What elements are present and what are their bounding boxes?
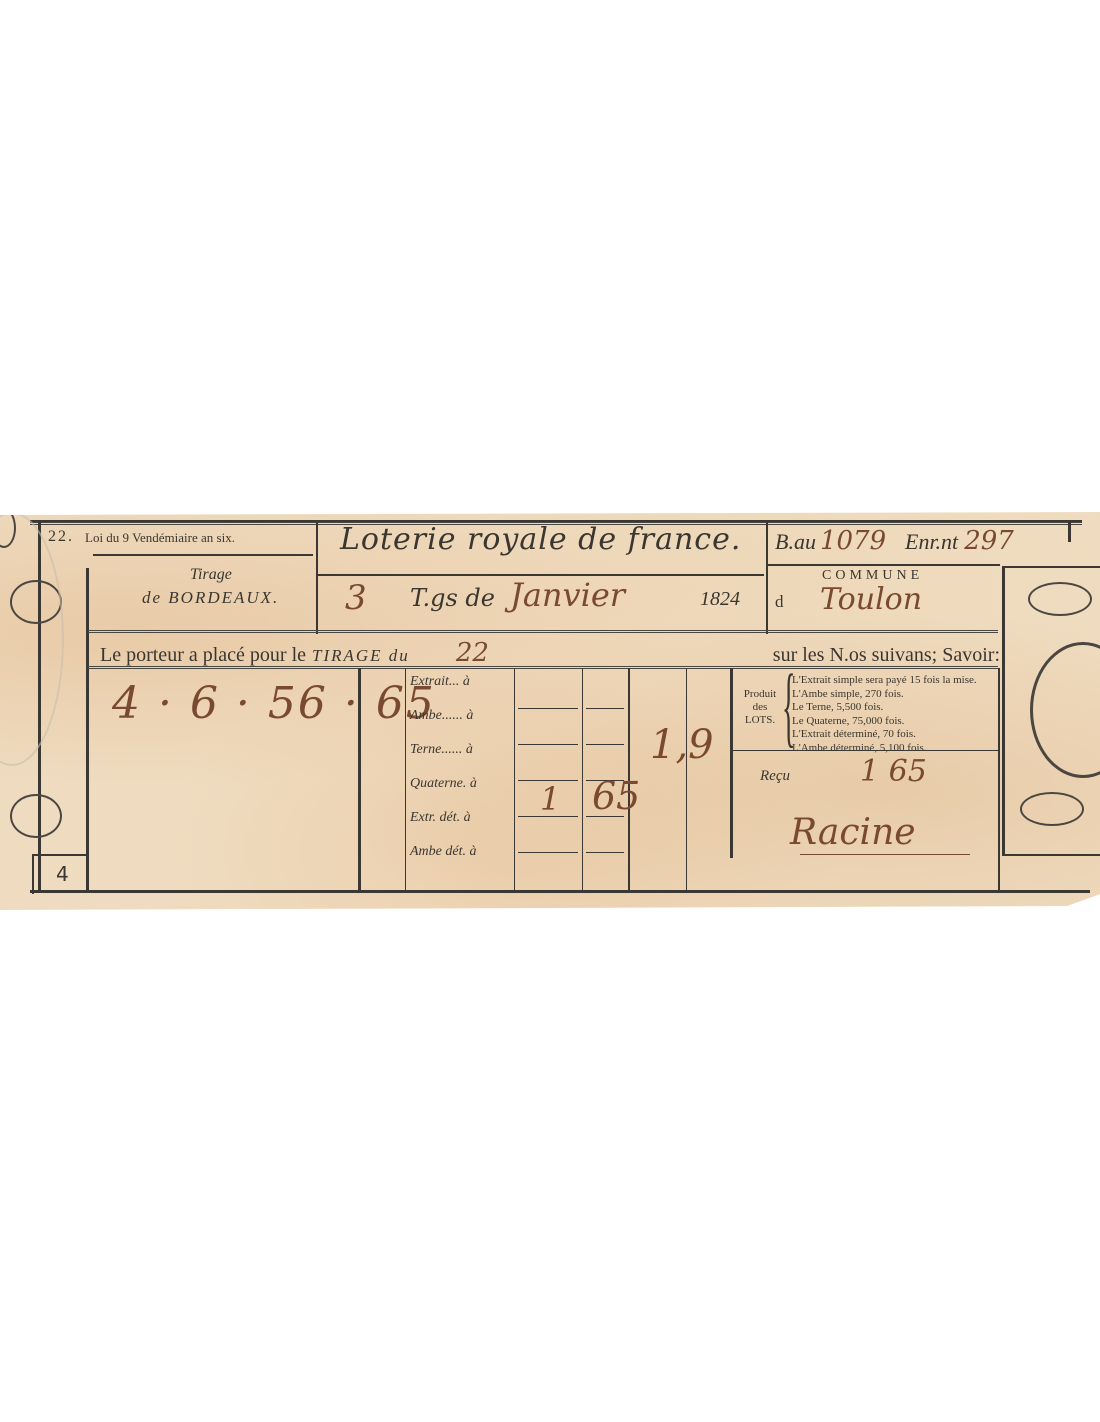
payouts-left-rule [730,668,733,858]
medallion-ornament [1030,642,1100,778]
corner-number: 4 [56,862,69,886]
registration-label: Enr.nt [905,529,958,555]
bet-type-ambe: Ambe...... à [410,708,514,742]
bet-type-ambe-det: Ambe dét. à [410,844,514,878]
payout-line: L'Extrait déterminé, 70 fois. [792,728,977,742]
payouts-right-rule [998,668,1000,890]
corner-box-left [32,854,34,894]
draw-month-prefix: T.gs de [410,584,495,612]
draw-year: 1824 [700,588,740,611]
placement-bottom-rule [88,666,998,669]
divider-left [316,522,318,634]
ticket-title: Loterie royale de france. [340,522,741,557]
flourish-ornament [1028,582,1092,616]
header-underline [93,554,313,556]
stake-rule [518,852,578,853]
placement-prefix: Le porteur a placé pour le [100,644,306,667]
embossed-seal [0,512,64,766]
numbers-played: 4 · 6 · 56 · 65 [112,678,436,729]
bet-types-list: Extrait... à Ambe...... à Terne...... à … [410,674,514,878]
payouts-label-line: Produit [736,688,784,701]
quaterne-stake-left: 1 [540,780,560,818]
total-amount: 1,9 [650,722,714,768]
payout-line: L'Extrait simple sera payé 15 fois la mi… [792,674,977,688]
bureau-info: B.au 1079 [775,526,886,556]
lottery-ticket: 22. Loi du 9 Vendémiaire an six. Loterie… [0,512,1100,910]
registration-info: Enr.nt 297 [905,526,1014,556]
bet-type-extrait-det: Extr. dét. à [410,810,514,844]
numbers-divider [358,668,361,890]
law-reference: Loi du 9 Vendémiaire an six. [85,530,235,546]
draw-day: 3 [345,578,367,618]
payout-line: L'Ambe simple, 270 fois. [792,688,977,702]
stake-rule [586,744,624,745]
tirage-city: de BORDEAUX. [142,588,279,608]
placement-tirage: TIRAGE du [312,646,410,666]
commune-name: Toulon [820,582,922,617]
commune-prefix: d [775,592,784,612]
bet-type-terne: Terne...... à [410,742,514,776]
divider-right [766,522,768,634]
bet-type-extrait: Extrait... à [410,674,514,708]
bureau-underline [768,564,1000,566]
ornament-frame-left [1002,566,1005,856]
ornament-frame-top [1002,566,1100,568]
ornament-frame-bottom [1002,854,1100,856]
placement-line: Le porteur a placé pour le TIRAGE du 22 … [100,638,1000,668]
payouts-list: L'Extrait simple sera payé 15 fois la mi… [792,674,977,755]
draw-month: Janvier [510,576,625,614]
payout-line: L'Ambe déterminé, 5,100 fois. [792,742,977,756]
stake-rule [518,708,578,709]
frame-right-top [1068,522,1071,542]
payout-line: Le Terne, 5,500 fois. [792,701,977,715]
signature-underline [800,854,970,855]
inner-left-rule [86,568,89,890]
placement-tirage-number: 22 [456,638,489,668]
stake-rule [518,744,578,745]
stake-rule [586,708,624,709]
payouts-label: Produit des LOTS. [736,688,784,727]
bureau-number: 1079 [820,526,886,556]
payouts-label-line: des [736,701,784,714]
stake-rule [586,852,624,853]
tirage-label: Tirage [190,566,232,584]
placement-top-rule [88,630,998,633]
payout-line: Le Quaterne, 75,000 fois. [792,715,977,729]
bureau-label: B.au [775,529,816,555]
flourish-ornament [10,794,62,838]
payouts-label-line: LOTS. [736,714,784,727]
series-number: 22. [48,528,74,546]
registration-number: 297 [964,526,1014,556]
frame-bottom [30,890,1090,893]
total-col-right [686,668,687,890]
payouts-bottom-rule [733,750,999,751]
placement-suffix: sur les N.os suivans; Savoir: [773,644,1000,667]
flourish-ornament [1020,792,1084,826]
receipt-label: Reçu [760,768,790,785]
quaterne-stake-right: 65 [592,774,640,818]
receipt-amount: 1 65 [860,754,927,789]
corner-box-top [32,854,88,856]
stake-col1-left [514,668,515,890]
bet-type-quaterne: Quaterne. à [410,776,514,810]
stake-col1-right [582,668,583,890]
bet-label-left-rule [405,668,406,890]
receipt-signature: Racine [790,812,916,853]
